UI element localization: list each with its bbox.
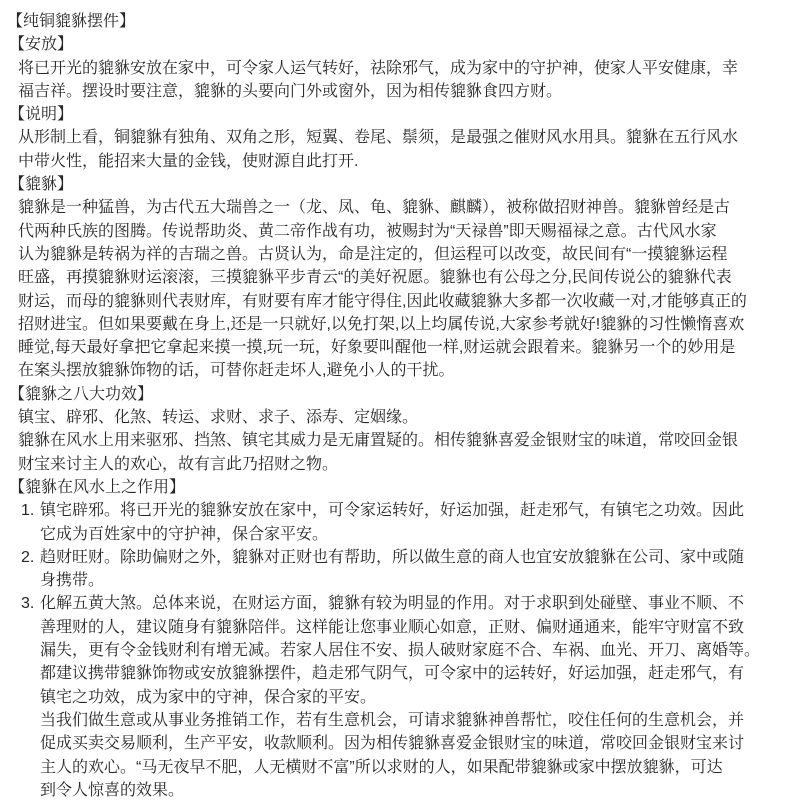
numbered-list: 1. 镇宅辟邪。将已开光的貔貅安放在家中，可令家运转好，好运加强，赶走邪气，有镇… bbox=[7, 499, 780, 802]
section-heading-shuoming: 【说明】 bbox=[9, 103, 780, 126]
list-item: 2. 趋财旺财。除助偏财之外，貔貅对正财也有帮助，所以做生意的商人也宜安放貔貅在… bbox=[21, 546, 780, 593]
paragraph-pixiu: 貔貅是一种猛兽，为古代五大瑞兽之一（龙、凤、龟、貔貅、麒麟），被称做招财神兽。貔… bbox=[18, 196, 780, 382]
list-item-text: 趋财旺财。除助偏财之外，貔貅对正财也有帮助，所以做生意的商人也宜安放貔貅在公司、… bbox=[40, 546, 780, 593]
section-heading-fengshui-zuoyong: 【貔貅在风水上之作用】 bbox=[9, 476, 780, 499]
section-heading-anfang: 【安放】 bbox=[9, 33, 780, 56]
list-item-text: 镇宅辟邪。将已开光的貔貅安放在家中，可令家运转好，好运加强，赶走邪气，有镇宅之功… bbox=[40, 499, 780, 546]
section-heading-badagongxiao: 【貔貅之八大功效】 bbox=[9, 383, 780, 406]
paragraph-shuoming: 从形制上看，铜貔貅有独角、双角之形，短翼、卷尾、鬃须，是最强之催财风水用具。貔貅… bbox=[18, 126, 780, 173]
list-item: 3. 化解五黄大煞。总体来说，在财运方面，貔貅有较为明显的作用。对于求职到处碰壁… bbox=[21, 592, 780, 802]
paragraph-anfang: 将已开光的貔貅安放在家中，可令家人运气转好，祛除邪气，成为家中的守护神，使家人平… bbox=[18, 57, 780, 104]
doc-title: 【纯铜貔貅摆件】 bbox=[7, 10, 780, 33]
list-item-text: 化解五黄大煞。总体来说，在财运方面，貔貅有较为明显的作用。对于求职到处碰壁、事业… bbox=[40, 592, 780, 802]
list-marker: 2. bbox=[21, 546, 34, 569]
list-marker: 3. bbox=[21, 592, 34, 615]
product-description-page: 【纯铜貔貅摆件】 【安放】 将已开光的貔貅安放在家中，可令家人运气转好，祛除邪气… bbox=[0, 0, 790, 803]
section-heading-pixiu: 【貔貅】 bbox=[9, 173, 780, 196]
paragraph-badagongxiao: 镇宝、辟邪、化煞、转运、求财、求子、添寿、定姻缘。 貔貅在风水上用来驱邪、挡煞、… bbox=[18, 406, 780, 476]
list-marker: 1. bbox=[21, 499, 34, 522]
list-item: 1. 镇宅辟邪。将已开光的貔貅安放在家中，可令家运转好，好运加强，赶走邪气，有镇… bbox=[21, 499, 780, 546]
